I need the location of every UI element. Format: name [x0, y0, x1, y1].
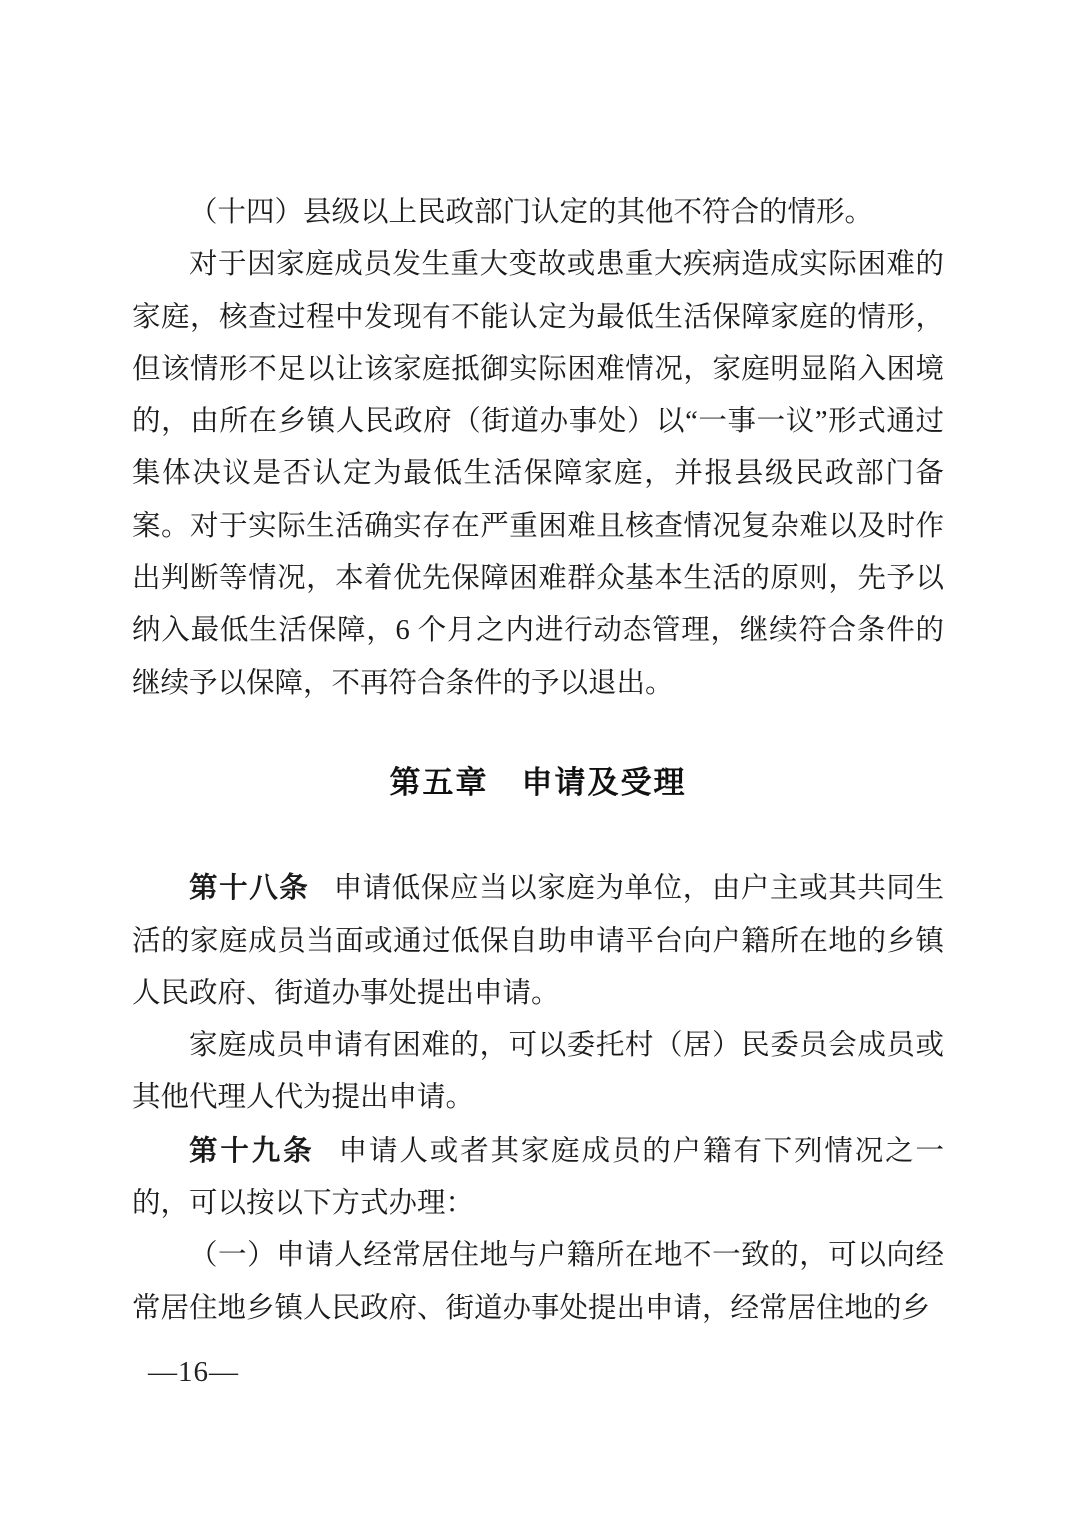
- document-body: （十四）县级以上民政部门认定的其他不符合的情形。 对于因家庭成员发生重大变故或患…: [132, 187, 944, 1335]
- clause-item-14: （十四）县级以上民政部门认定的其他不符合的情形。: [132, 187, 944, 239]
- page-number: —16—: [148, 1352, 239, 1392]
- article-19-label: 第十九条: [189, 1135, 314, 1167]
- document-page: （十四）县级以上民政部门认定的其他不符合的情形。 对于因家庭成员发生重大变故或患…: [0, 0, 1074, 1520]
- chapter-5-heading: 第五章 申请及受理: [132, 757, 944, 809]
- article-18-label: 第十八条: [189, 872, 309, 904]
- article-18-paragraph: 第十八条申请低保应当以家庭为单位，由户主或其共同生活的家庭成员当面或通过低保自助…: [132, 862, 944, 1020]
- clause-item-1: （一）申请人经常居住地与户籍所在地不一致的，可以向经常居住地乡镇人民政府、街道办…: [132, 1230, 944, 1335]
- paragraph-hardship-provision: 对于因家庭成员发生重大变故或患重大疾病造成实际困难的家庭，核查过程中发现有不能认…: [132, 239, 944, 710]
- article-19-paragraph: 第十九条申请人或者其家庭成员的户籍有下列情况之一的，可以按以下方式办理：: [132, 1125, 944, 1231]
- paragraph-delegate-application: 家庭成员申请有困难的，可以委托村（居）民委员会成员或其他代理人代为提出申请。: [132, 1020, 944, 1125]
